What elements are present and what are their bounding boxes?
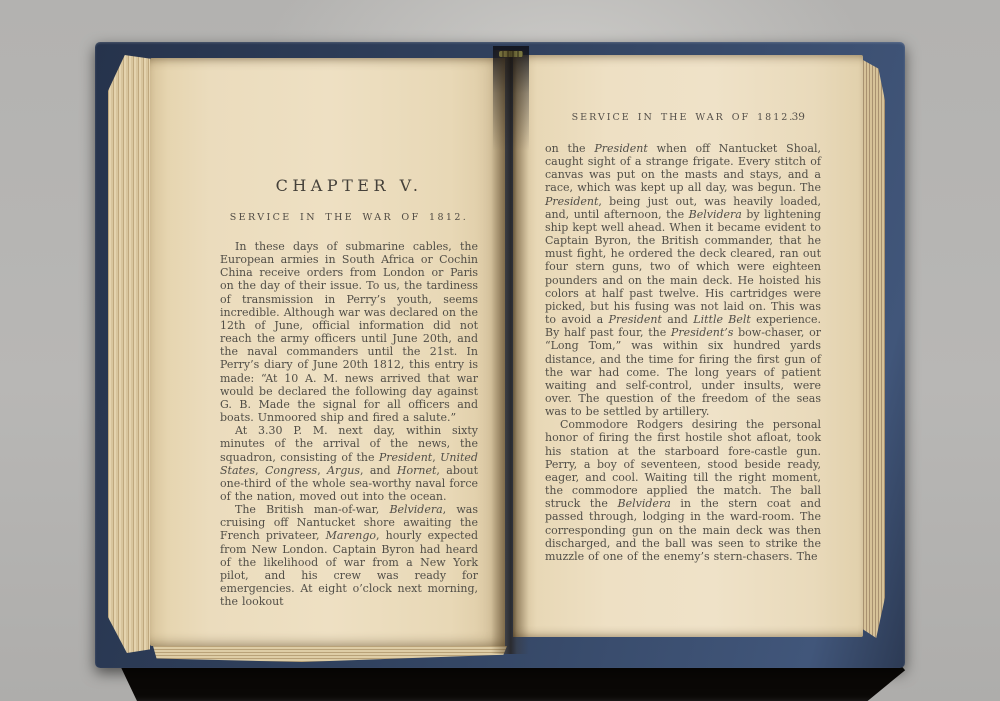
paragraph: The British man-of-war, Belvidera, was c…	[220, 503, 478, 608]
right-page: SERVICE IN THE WAR OF 1812. 39 on the Pr…	[513, 55, 863, 637]
right-page-text: on the President when off Nantucket Shoa…	[545, 142, 821, 563]
left-fore-edge-pages	[108, 55, 150, 653]
paragraph: Commodore Rodgers desiring the personal …	[545, 418, 821, 563]
photo-backdrop: CHAPTER V. SERVICE IN THE WAR OF 1812. I…	[0, 0, 1000, 701]
left-page-text: In these days of submarine cables, the E…	[220, 240, 478, 608]
chapter-heading: CHAPTER V.	[220, 176, 478, 195]
paragraph: on the President when off Nantucket Shoa…	[545, 142, 821, 418]
right-fore-edge-pages	[863, 60, 885, 638]
page-number: 39	[792, 111, 805, 123]
paragraph: At 3.30 P. M. next day, within sixty min…	[220, 424, 478, 503]
right-page-content: SERVICE IN THE WAR OF 1812. 39 on the Pr…	[545, 55, 821, 563]
running-header: SERVICE IN THE WAR OF 1812. 39	[545, 112, 821, 123]
paragraph: In these days of submarine cables, the E…	[220, 240, 478, 424]
headband	[499, 51, 523, 57]
left-page-content: CHAPTER V. SERVICE IN THE WAR OF 1812. I…	[220, 58, 478, 608]
chapter-subheading: SERVICE IN THE WAR OF 1812.	[220, 212, 478, 223]
running-header-title: SERVICE IN THE WAR OF 1812.	[572, 112, 795, 123]
open-book: CHAPTER V. SERVICE IN THE WAR OF 1812. I…	[95, 42, 905, 668]
left-page: CHAPTER V. SERVICE IN THE WAR OF 1812. I…	[150, 58, 505, 646]
